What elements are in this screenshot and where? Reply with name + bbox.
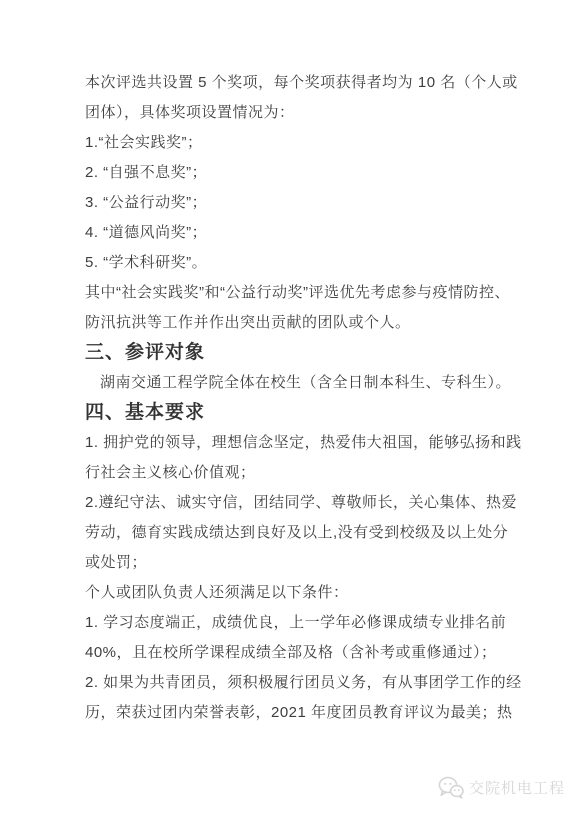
text-line: 本次评选共设置 5 个奖项，每个奖项获得者均为 10 名（个人或	[85, 68, 492, 98]
document-content: 本次评选共设置 5 个奖项，每个奖项获得者均为 10 名（个人或团体），具体奖项…	[85, 68, 492, 728]
text-line: 2. 如果为共青团员，须积极履行团员义务，有从事团学工作的经	[85, 668, 492, 698]
text-line: 劳动，德育实践成绩达到良好及以上,没有受到校级及以上处分	[85, 518, 492, 548]
text-line: 1. 学习态度端正，成绩优良，上一学年必修课成绩专业排名前	[85, 608, 492, 638]
watermark-text: 交院机电工程	[469, 777, 565, 798]
page: 本次评选共设置 5 个奖项，每个奖项获得者均为 10 名（个人或团体），具体奖项…	[0, 0, 576, 814]
text-line: 个人或团队负责人还须满足以下条件：	[85, 578, 492, 608]
text-line: 行社会主义核心价值观；	[85, 458, 492, 488]
text-line: 1. 拥护党的领导，理想信念坚定，热爱伟大祖国，能够弘扬和践	[85, 428, 492, 458]
text-line: 4. “道德风尚奖”；	[85, 218, 492, 248]
text-line: 2. “自强不息奖”；	[85, 158, 492, 188]
watermark: 交院机电工程	[438, 774, 565, 801]
text-line: 2.遵纪守法、诚实守信，团结同学、尊敬师长，关心集体、热爱	[85, 488, 492, 518]
text-line: 其中“社会实践奖”和“公益行动奖”评选优先考虑参与疫情防控、	[85, 278, 492, 308]
text-line: 40%，且在校所学课程成绩全部及格（含补考或重修通过）；	[85, 638, 492, 668]
text-line: 防汛抗洪等工作并作出突出贡献的团队或个人。	[85, 308, 492, 338]
text-line: 3. “公益行动奖”；	[85, 188, 492, 218]
wechat-icon	[438, 776, 464, 799]
text-line: 历，荣获过团内荣誉表彰，2021 年度团员教育评议为最美；热	[85, 698, 492, 728]
text-line: 5. “学术科研奖”。	[85, 248, 492, 278]
text-line: 1.“社会实践奖”；	[85, 128, 492, 158]
text-line: 或处罚；	[85, 548, 492, 578]
text-line: 团体），具体奖项设置情况为：	[85, 98, 492, 128]
text-line: 湖南交通工程学院全体在校生（含全日制本科生、专科生）。	[85, 368, 492, 398]
section-heading: 三、参评对象	[85, 338, 492, 368]
section-heading: 四、基本要求	[85, 398, 492, 428]
